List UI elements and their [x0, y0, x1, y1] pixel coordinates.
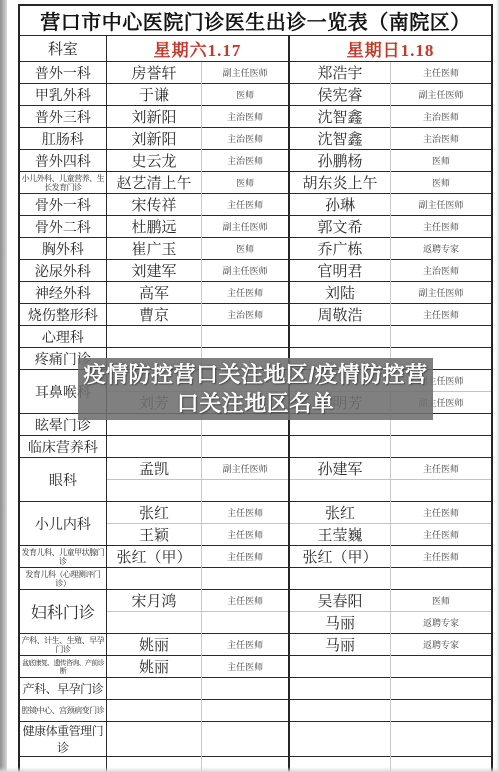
saturday-title-cell: [202, 436, 289, 458]
table-row: 产科、早孕门诊: [19, 678, 492, 700]
sunday-doctor-cell: [289, 700, 390, 722]
department-cell: 眼科: [19, 458, 106, 502]
sunday-title-cell: 副主任医师: [391, 282, 492, 304]
table-row: 健康体重管理门诊: [19, 722, 492, 757]
sunday-doctor-cell: [289, 656, 390, 678]
department-cell: 普外四科: [19, 150, 106, 172]
sunday-title-cell: 主治医师: [391, 260, 492, 282]
sunday-title-cell: 主治医师: [391, 106, 492, 128]
saturday-doctor-cell: 杜鹏远: [106, 216, 201, 238]
department-cell: 胸外科: [19, 238, 106, 260]
header-row: 科室 星期六1.17 星期日1.18: [19, 36, 492, 62]
saturday-doctor-cell: 房誉轩: [106, 62, 201, 84]
sunday-doctor-cell: [289, 678, 390, 700]
sunday-title-cell: 返聘专家: [391, 238, 492, 260]
saturday-title-cell: 医师: [202, 84, 289, 106]
title-row: 营口市中心医院门诊医生出诊一览表（南院区）: [19, 5, 492, 36]
department-cell: 发育儿科（心理测评门诊）: [19, 568, 106, 590]
sunday-title-cell: 医师: [391, 150, 492, 172]
scan-edge-left: [0, 0, 7, 772]
department-cell: 骨外二科: [19, 216, 106, 238]
table-row: 泌尿外科刘建军副主任医师官明君主治医师: [19, 260, 492, 282]
sunday-doctor-cell: [289, 326, 390, 348]
sunday-title-cell: 副主任医师: [391, 84, 492, 106]
saturday-title-cell: [202, 722, 289, 757]
department-cell: 妇科门诊: [19, 590, 106, 634]
table-row: 眼科孟凯副主任医师孙建军主任医师: [19, 458, 492, 480]
sunday-title-cell: 副主任医师: [391, 194, 492, 216]
saturday-doctor-cell: [106, 326, 201, 348]
sunday-doctor-cell: 沈智鑫: [289, 106, 390, 128]
table-row: 盆底康复、遗传咨询、产前诊断姚丽主任医师: [19, 656, 492, 678]
department-cell: 甲乳外科: [19, 84, 106, 106]
department-cell: 健康体重管理门诊: [19, 722, 106, 757]
table-row: 腔镜中心、宫颈病变门诊: [19, 700, 492, 722]
sunday-title-cell: 主任医师: [391, 546, 492, 568]
saturday-doctor-cell: 刘新阳: [106, 106, 201, 128]
sunday-doctor-cell: 周敬浩: [289, 304, 390, 326]
saturday-doctor-cell: [106, 700, 201, 722]
saturday-title-cell: 主任医师: [202, 634, 289, 656]
saturday-doctor-cell: [106, 480, 201, 502]
department-cell: 小儿内科: [19, 502, 106, 546]
saturday-title-cell: 副主任医师: [202, 260, 289, 282]
scan-edge-bottom: [0, 767, 500, 772]
sunday-doctor-cell: 吴春阳: [289, 590, 390, 612]
sunday-doctor-cell: 张红: [289, 502, 390, 524]
sunday-title-cell: [391, 568, 492, 590]
saturday-title-cell: 副主任医师: [202, 216, 289, 238]
table-row: 神经外科高军主任医师刘陆副主任医师: [19, 282, 492, 304]
saturday-title-cell: [202, 326, 289, 348]
department-cell: 腔镜中心、宫颈病变门诊: [19, 700, 106, 722]
saturday-doctor-cell: 于谦: [106, 84, 201, 106]
sunday-doctor-cell: 官明君: [289, 260, 390, 282]
column-header-department: 科室: [19, 36, 106, 62]
saturday-title-cell: 主任医师: [202, 524, 289, 546]
sunday-doctor-cell: 王莹巍: [289, 524, 390, 546]
sunday-title-cell: 返聘专家: [391, 634, 492, 656]
saturday-title-cell: 副主任医师: [202, 458, 289, 480]
saturday-doctor-cell: 史云龙: [106, 150, 201, 172]
sunday-doctor-cell: [289, 722, 390, 757]
sunday-title-cell: [391, 326, 492, 348]
sunday-doctor-cell: 刘陆: [289, 282, 390, 304]
sunday-doctor-cell: 张红（甲）: [289, 546, 390, 568]
sunday-title-cell: 主任医师: [391, 524, 492, 546]
table-row: 发育儿科（心理测评门诊）: [19, 568, 492, 590]
saturday-title-cell: 主治医师: [202, 128, 289, 150]
saturday-title-cell: [202, 480, 289, 502]
sunday-doctor-cell: [289, 568, 390, 590]
saturday-title-cell: 主任医师: [202, 546, 289, 568]
department-cell: 烧伤整形科: [19, 304, 106, 326]
saturday-doctor-cell: 姚丽: [106, 634, 201, 656]
epidemic-watermark: 疫情防控营口关注地区/疫情防控营 口关注地区名单: [78, 358, 433, 420]
saturday-title-cell: 医师: [202, 172, 289, 194]
saturday-doctor-cell: 张红: [106, 502, 201, 524]
saturday-title-cell: 主任医师: [202, 502, 289, 524]
table-row: 小儿外科、儿童营养、生长发育门诊赵艺清上午医师胡东炎上午医师: [19, 172, 492, 194]
department-cell: 发育儿科、儿童甲状腺门诊: [19, 546, 106, 568]
department-cell: 普外一科: [19, 62, 106, 84]
saturday-doctor-cell: 王颖: [106, 524, 201, 546]
sunday-title-cell: 主任医师: [391, 304, 492, 326]
sunday-doctor-cell: 孙琳: [289, 194, 390, 216]
saturday-doctor-cell: [106, 568, 201, 590]
table-row: 心理科: [19, 326, 492, 348]
saturday-doctor-cell: 宋月鸿: [106, 590, 201, 612]
saturday-doctor-cell: [106, 612, 201, 634]
saturday-doctor-cell: 曹京: [106, 304, 201, 326]
page: { "title": "营口市中心医院门诊医生出诊一览表（南院区）", "hea…: [0, 0, 500, 772]
sunday-title-cell: [391, 480, 492, 502]
saturday-title-cell: 主治医师: [202, 304, 289, 326]
sunday-doctor-cell: 孙鹏杨: [289, 150, 390, 172]
sunday-doctor-cell: 郭文希: [289, 216, 390, 238]
saturday-title-cell: [202, 568, 289, 590]
saturday-title-cell: 主任医师: [202, 590, 289, 612]
department-cell: 产科、计生、生殖、早孕门诊: [19, 634, 106, 656]
saturday-doctor-cell: 刘建军: [106, 260, 201, 282]
table-row: 妇科门诊宋月鸿主任医师吴春阳医师: [19, 590, 492, 612]
sunday-doctor-cell: 马丽: [289, 612, 390, 634]
saturday-doctor-cell: 崔广玉: [106, 238, 201, 260]
sunday-title-cell: [391, 700, 492, 722]
sunday-title-cell: 医师: [391, 172, 492, 194]
saturday-title-cell: 主任医师: [202, 282, 289, 304]
saturday-doctor-cell: 刘新阳: [106, 128, 201, 150]
department-cell: 泌尿外科: [19, 260, 106, 282]
sunday-doctor-cell: 侯宪睿: [289, 84, 390, 106]
saturday-doctor-cell: [106, 722, 201, 757]
scan-edge-right: [496, 0, 500, 772]
sunday-title-cell: [391, 656, 492, 678]
department-cell: 产科、早孕门诊: [19, 678, 106, 700]
sunday-title-cell: [391, 722, 492, 757]
saturday-doctor-cell: 高军: [106, 282, 201, 304]
sunday-title-cell: [391, 678, 492, 700]
department-cell: 心理科: [19, 326, 106, 348]
sunday-title-cell: [391, 436, 492, 458]
table-row: 临床营养科: [19, 436, 492, 458]
column-header-saturday: 星期六1.17: [106, 36, 289, 62]
sunday-doctor-cell: 郑浩宇: [289, 62, 390, 84]
table-row: 产科、计生、生殖、早孕门诊姚丽主任医师马丽返聘专家: [19, 634, 492, 656]
sunday-title-cell: 主任医师: [391, 62, 492, 84]
table-row: 普外一科房誉轩副主任医师郑浩宇主任医师: [19, 62, 492, 84]
watermark-line-1: 疫情防控营口关注地区/疫情防控营: [83, 360, 427, 389]
saturday-title-cell: [202, 612, 289, 634]
saturday-title-cell: 主任医师: [202, 656, 289, 678]
saturday-title-cell: 主治医师: [202, 150, 289, 172]
saturday-doctor-cell: 张红（甲）: [106, 546, 201, 568]
table-row: 骨外二科杜鹏远副主任医师郭文希主任医师: [19, 216, 492, 238]
column-header-sunday: 星期日1.18: [289, 36, 492, 62]
table-row: 肛肠科刘新阳主治医师沈智鑫主治医师: [19, 128, 492, 150]
saturday-doctor-cell: [106, 678, 201, 700]
saturday-doctor-cell: 孟凯: [106, 458, 201, 480]
table-row: 甲乳外科于谦医师侯宪睿副主任医师: [19, 84, 492, 106]
sunday-doctor-cell: 胡东炎上午: [289, 172, 390, 194]
department-cell: 盆底康复、遗传咨询、产前诊断: [19, 656, 106, 678]
sunday-doctor-cell: [289, 436, 390, 458]
department-cell: 神经外科: [19, 282, 106, 304]
sunday-title-cell: 主任医师: [391, 216, 492, 238]
sunday-title-cell: 主任医师: [391, 502, 492, 524]
sunday-title-cell: 主任医师: [391, 458, 492, 480]
sunday-title-cell: 返聘专家: [391, 612, 492, 634]
saturday-doctor-cell: 姚丽: [106, 656, 201, 678]
saturday-title-cell: 副主任医师: [202, 62, 289, 84]
table-row: 普外三科刘新阳主治医师沈智鑫主治医师: [19, 106, 492, 128]
saturday-title-cell: [202, 700, 289, 722]
saturday-doctor-cell: 赵艺清上午: [106, 172, 201, 194]
department-cell: 临床营养科: [19, 436, 106, 458]
department-cell: 普外三科: [19, 106, 106, 128]
sunday-title-cell: 主治医师: [391, 128, 492, 150]
department-cell: 肛肠科: [19, 128, 106, 150]
saturday-doctor-cell: [106, 436, 201, 458]
saturday-title-cell: 医师: [202, 238, 289, 260]
department-cell: 小儿外科、儿童营养、生长发育门诊: [19, 172, 106, 194]
table-row: 骨外一科宋传祥主任医师孙琳副主任医师: [19, 194, 492, 216]
page-title: 营口市中心医院门诊医生出诊一览表（南院区）: [19, 5, 492, 36]
sunday-doctor-cell: [289, 480, 390, 502]
table-row: 胸外科崔广玉医师乔广栋返聘专家: [19, 238, 492, 260]
sunday-title-cell: 医师: [391, 590, 492, 612]
table-row: 小儿内科张红主任医师张红主任医师: [19, 502, 492, 524]
watermark-line-2: 口关注地区名单: [177, 389, 335, 418]
department-cell: 骨外一科: [19, 194, 106, 216]
saturday-title-cell: [202, 678, 289, 700]
sunday-doctor-cell: 孙建军: [289, 458, 390, 480]
table-row: 普外四科史云龙主治医师孙鹏杨医师: [19, 150, 492, 172]
table-row: 烧伤整形科曹京主治医师周敬浩主任医师: [19, 304, 492, 326]
saturday-title-cell: 主治医师: [202, 106, 289, 128]
sunday-doctor-cell: 乔广栋: [289, 238, 390, 260]
sunday-doctor-cell: 沈智鑫: [289, 128, 390, 150]
sunday-doctor-cell: 马丽: [289, 634, 390, 656]
saturday-title-cell: 主任医师: [202, 194, 289, 216]
table-row: 发育儿科、儿童甲状腺门诊张红（甲）主任医师张红（甲）主任医师: [19, 546, 492, 568]
saturday-doctor-cell: 宋传祥: [106, 194, 201, 216]
